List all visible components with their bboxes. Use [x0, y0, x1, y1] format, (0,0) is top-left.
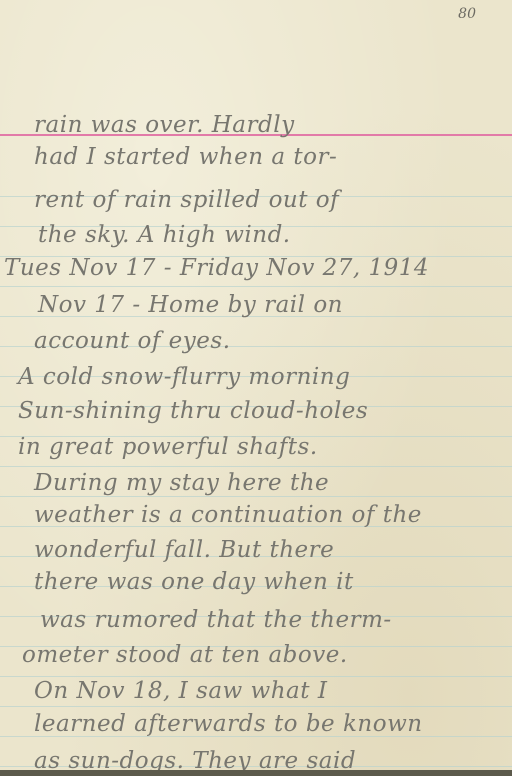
- handwritten-line: in great powerful shafts.: [0, 432, 512, 462]
- handwritten-line: rent of rain spilled out of: [0, 185, 512, 215]
- page-bottom-edge: [0, 770, 512, 776]
- handwritten-line: there was one day when it: [0, 567, 512, 597]
- handwritten-line: During my stay here the: [0, 468, 512, 498]
- page-number: 80: [458, 6, 476, 22]
- handwritten-line: was rumored that the therm-: [0, 605, 512, 635]
- handwritten-line: rain was over. Hardly: [0, 110, 512, 140]
- ruled-line: [0, 286, 512, 287]
- handwritten-line: the sky. A high wind.: [0, 220, 512, 250]
- handwritten-line: A cold snow-flurry morning: [0, 362, 512, 392]
- handwritten-line: Tues Nov 17 - Friday Nov 27, 1914: [0, 253, 512, 283]
- handwritten-line: Nov 17 - Home by rail on: [0, 290, 512, 320]
- handwritten-line: Sun-shining thru cloud-holes: [0, 396, 512, 426]
- handwritten-line: learned afterwards to be known: [0, 709, 512, 739]
- handwritten-line: had I started when a tor-: [0, 142, 512, 172]
- handwritten-line: wonderful fall. But there: [0, 535, 512, 565]
- handwritten-line: weather is a continuation of the: [0, 500, 512, 530]
- ruled-line: [0, 706, 512, 707]
- handwritten-line: account of eyes.: [0, 326, 512, 356]
- ruled-line: [0, 466, 512, 467]
- notebook-page: 80 rain was over. Hardly had I started w…: [0, 0, 512, 776]
- handwritten-line: ometer stood at ten above.: [0, 640, 512, 670]
- handwritten-line: On Nov 18, I saw what I: [0, 676, 512, 706]
